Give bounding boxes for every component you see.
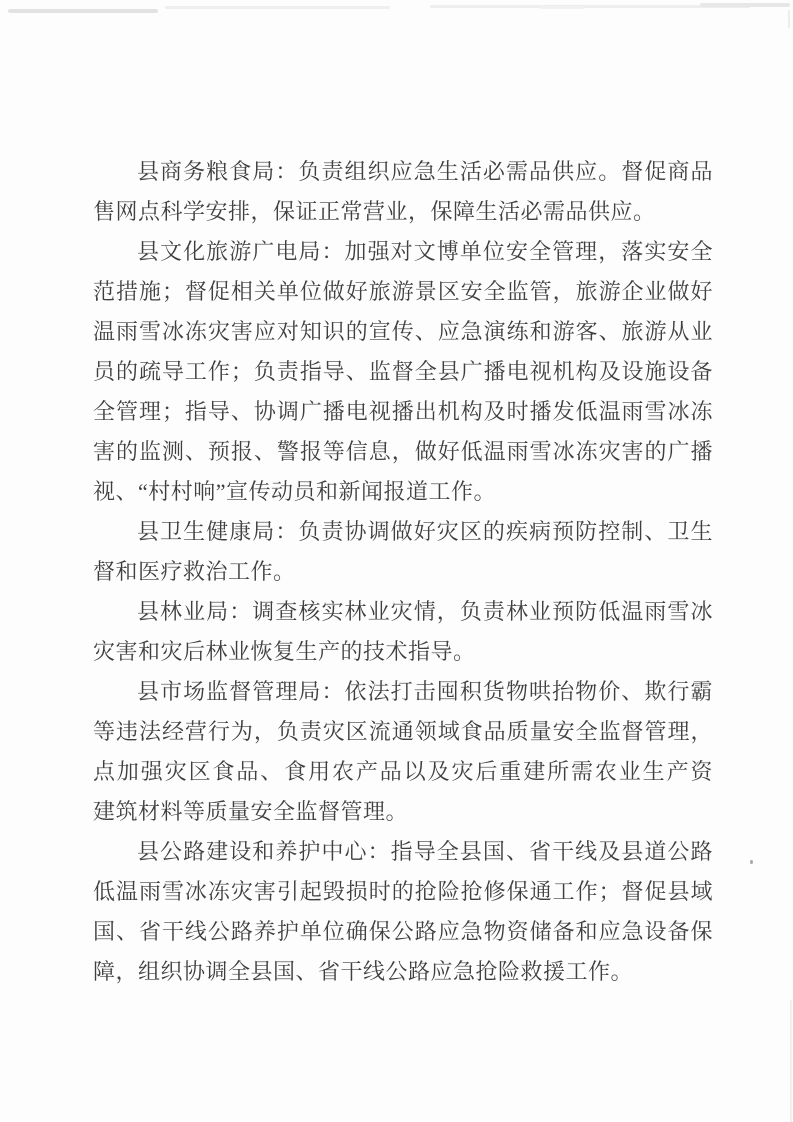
paragraph-county-health-commission: 县卫生健康局：负责协调做好灾区的疾病预防控制、卫生监督和医疗救治工作。 bbox=[93, 512, 713, 592]
text-line: 低温雨雪冰冻灾害引起毁损时的抢险抢修保通工作；督促县域内 bbox=[93, 872, 713, 912]
scan-streak-artifact bbox=[700, 3, 790, 7]
paragraph-county-commerce-grain-bureau: 县商务粮食局：负责组织应急生活必需品供应。督促商品零售网点科学安排，保证正常营业… bbox=[93, 152, 713, 232]
scan-streak-artifact bbox=[8, 9, 158, 13]
text-line: 县文化旅游广电局：加强对文博单位安全管理，落实安全防 bbox=[93, 232, 713, 272]
text-line: 视、“村村响”宣传动员和新闻报道工作。 bbox=[93, 472, 713, 512]
text-line: 县卫生健康局：负责协调做好灾区的疾病预防控制、卫生监 bbox=[93, 512, 713, 552]
text-line: 县公路建设和养护中心：指导全县国、省干线及县道公路因 bbox=[93, 832, 713, 872]
paragraph-county-culture-tourism-broadcast-bureau: 县文化旅游广电局：加强对文博单位安全管理，落实安全防范措施；督促相关单位做好旅游… bbox=[93, 232, 713, 512]
text-line: 范措施；督促相关单位做好旅游景区安全监管，旅游企业做好低 bbox=[93, 272, 713, 312]
text-line: 障，组织协调全县国、省干线公路应急抢险救援工作。 bbox=[93, 952, 713, 992]
text-line: 县林业局：调查核实林业灾情，负责林业预防低温雨雪冰冻 bbox=[93, 592, 713, 632]
text-line: 全管理；指导、协调广播电视播出机构及时播发低温雨雪冰冻灾 bbox=[93, 392, 713, 432]
text-line: 县市场监督管理局：依法打击囤积货物哄抬物价、欺行霸市 bbox=[93, 672, 713, 712]
text-line: 温雨雪冰冻灾害应对知识的宣传、应急演练和游客、旅游从业人 bbox=[93, 312, 713, 352]
scan-streak-artifact bbox=[540, 6, 585, 9]
text-line: 等违法经营行为，负责灾区流通领域食品质量安全监督管理，重 bbox=[93, 712, 713, 752]
scan-streak-artifact bbox=[165, 6, 390, 9]
scan-streak-artifact bbox=[430, 5, 750, 8]
text-line: 点加强灾区食品、食用农产品以及灾后重建所需农业生产资料、 bbox=[93, 752, 713, 792]
paragraph-county-highway-construction-maintenance-center: 县公路建设和养护中心：指导全县国、省干线及县道公路因低温雨雪冰冻灾害引起毁损时的… bbox=[93, 832, 713, 992]
scan-dot-artifact bbox=[750, 860, 753, 864]
text-line: 督和医疗救治工作。 bbox=[93, 552, 713, 592]
scan-edge-artifact bbox=[790, 1000, 792, 1122]
text-line: 建筑材料等质量安全监督管理。 bbox=[93, 792, 713, 832]
paragraph-county-forestry-bureau: 县林业局：调查核实林业灾情，负责林业预防低温雨雪冰冻灾害和灾后林业恢复生产的技术… bbox=[93, 592, 713, 672]
text-line: 国、省干线公路养护单位确保公路应急物资储备和应急设备保 bbox=[93, 912, 713, 952]
text-line: 灾害和灾后林业恢复生产的技术指导。 bbox=[93, 632, 713, 672]
scanned-document-page: 县商务粮食局：负责组织应急生活必需品供应。督促商品零售网点科学安排，保证正常营业… bbox=[0, 0, 793, 1122]
paragraph-county-market-supervision-bureau: 县市场监督管理局：依法打击囤积货物哄抬物价、欺行霸市等违法经营行为，负责灾区流通… bbox=[93, 672, 713, 832]
document-text-body: 县商务粮食局：负责组织应急生活必需品供应。督促商品零售网点科学安排，保证正常营业… bbox=[93, 152, 713, 992]
text-line: 员的疏导工作；负责指导、监督全县广播电视机构及设施设备安 bbox=[93, 352, 713, 392]
text-line: 县商务粮食局：负责组织应急生活必需品供应。督促商品零 bbox=[93, 152, 713, 192]
scan-corner-artifact bbox=[788, 10, 790, 28]
text-line: 售网点科学安排，保证正常营业，保障生活必需品供应。 bbox=[93, 192, 713, 232]
text-line: 害的监测、预报、警报等信息，做好低温雨雪冰冻灾害的广播电 bbox=[93, 432, 713, 472]
